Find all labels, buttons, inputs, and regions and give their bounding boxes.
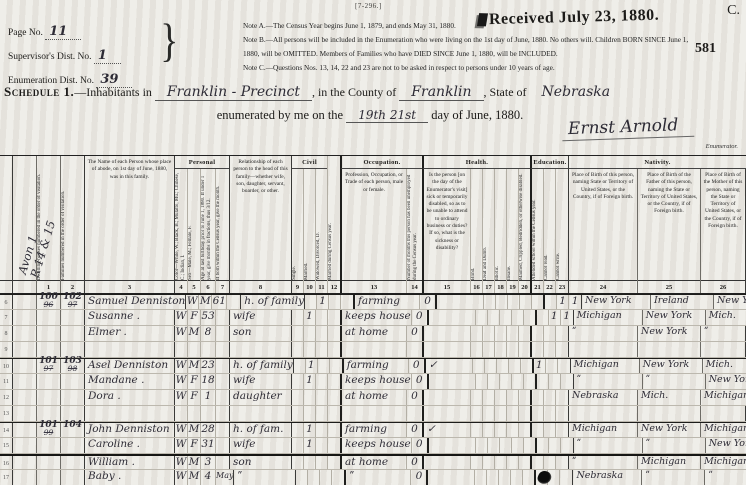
cell-sickness: ✓ [422,423,470,437]
enumerator-label: Enumerator. [706,143,738,150]
cell-pob_mother: Mich. [705,310,746,325]
col-header-blank [12,156,36,282]
cell-read [548,374,560,389]
col-header-blind: Blind. [470,169,482,282]
cell-name [84,406,174,421]
cell-dwelling [36,438,60,453]
cell-occupation: at home [340,390,406,405]
cell-text-pob: New York [585,295,632,306]
census-row-blank: 9 [0,342,746,358]
cell-text-sickness: ✓ [427,423,436,435]
cell-color: W [174,310,187,325]
cell-pob_father: New York [642,310,705,325]
cell-text-unemployed: 0 [416,438,423,450]
cell-text-married: 1 [306,310,313,322]
page-no-value: 11 [45,24,81,40]
col-header-school: Attended school within the Census year. [530,169,543,282]
cell-text-occupation: at home [345,456,388,468]
cell-text-color: W [176,310,187,322]
cell-text-relationship: wife [233,310,255,322]
cell-line: 9 [0,342,12,357]
brace-glyph: } [160,14,178,68]
cell-blind [483,295,495,309]
cell-relationship: h. of fam. [229,423,291,437]
cell-pob_father: New York [639,359,702,373]
note-a: Note A.—The Census Year begins June 1, 1… [243,19,695,33]
col-header-married_year: Married during Census year. [327,156,340,282]
cell-text-occupation: farming [358,295,400,307]
cell-text-unemployed: 0 [416,374,423,386]
cell-write [555,390,568,405]
col-number-single: 9 [291,281,303,293]
cell-blank [12,456,36,469]
cell-pob_mother: ʺ [704,470,746,485]
cell-text-name: Susanne . [88,310,140,322]
cell-blank [12,438,36,453]
cell-age: 23 [200,359,215,373]
cell-occupation: farming [342,359,408,373]
enumerated-prefix: enumerated by me on the [217,108,343,122]
page-no-label: Page No. [8,28,43,38]
cell-write [560,438,573,453]
cell-single [293,359,305,373]
schedule-title-rest: —Inhabitants in [74,85,152,99]
cell-unemployed: 0 [411,310,427,325]
cell-write [555,406,568,421]
cell-unemployed: 0 [406,423,422,437]
corner-letter: C. [727,3,740,19]
col-number-idiotic: 18 [494,281,506,293]
cell-text-married: 1 [308,359,315,371]
cell-unemployed: 0 [406,326,422,341]
schedule-title-line: Schedule 1.—Inhabitants in Franklin - Pr… [4,84,746,100]
cell-idiotic [494,406,506,421]
cell-pob [568,342,637,357]
cell-dwelling [36,310,60,325]
supervisor-dist-label: Supervisor's Dist. No. [8,52,92,62]
cell-text-color: W [176,374,187,386]
cell-blank [12,359,36,373]
cell-text-pob_father: ʺ [646,438,650,449]
census-row: 61009610297Samuel DennistonWM61h. of fam… [0,294,746,310]
cell-read: 1 [556,295,568,309]
col-header-text-pob_father: Place of Birth of the Father of this per… [638,169,700,219]
dwelling-number: 10197 [37,358,60,372]
cell-text-pob_mother: ʺ [704,326,708,337]
cell-text-sex: M [189,423,200,435]
dwelling-number: 10199 [37,422,60,436]
cell-occupation [340,406,406,421]
col-number-month: 7 [215,281,229,293]
cell-text-age: 18 [201,374,214,386]
cell-school [535,438,548,453]
cell-pob: ʺ [568,456,637,469]
cell-text-pob_father: Michigan [641,456,686,467]
cell-occupation: ʺ [344,470,410,485]
cell-insane [506,456,518,469]
cell-sickness: ✓ [424,359,472,373]
cell-color: W [174,374,187,389]
cell-school [530,423,543,437]
cell-pob: Michigan [573,310,642,325]
cell-text-sex: F [190,374,197,386]
cell-pob_mother: New York [713,295,746,309]
col-header-line [0,156,12,282]
col-number-age: 6 [200,281,215,293]
enumerated-suffix: day of June, 1880. [431,108,523,122]
cell-pob_father: Michigan [637,456,700,469]
cell-maimed [522,470,534,485]
cell-school: 1 [532,359,545,373]
page-number-stamp: 581 [695,41,716,57]
cell-color: W [174,456,187,469]
enumeration-date-line: enumerated by me on the 19th 21st day of… [150,108,590,123]
cell-text-occupation: farming [345,423,387,435]
col-header-text-insane: Insane. [507,169,518,282]
census-row: 16William .WM3sonat home0ʺMichiganMichig… [0,454,746,470]
cell-married_year [327,456,340,469]
col-header-text-sex: Sex—Male, M.; Female, F. [188,169,200,282]
cell-idiotic [494,456,506,469]
cell-dwelling [36,406,60,421]
cell-pob_mother [700,406,746,421]
cell-color: W [174,438,187,453]
cell-text-age: 31 [201,438,214,450]
cell-deaf [482,456,494,469]
cell-sex: M [187,470,200,485]
cell-read [543,326,555,341]
cell-text-unemployed: 0 [411,423,418,435]
col-number-unemployed: 14 [406,281,422,293]
cell-sex: M [198,295,211,309]
cell-text-married: 1 [306,374,313,386]
cell-name [84,342,174,357]
census-row: 101019710398Asel DennistonWM23h. of fami… [0,358,746,374]
cell-occupation: keeps house [340,374,411,389]
cell-write [555,342,568,357]
cell-unemployed [406,342,422,357]
cell-line: 7 [0,310,12,325]
cell-text-color: W [176,470,187,482]
cell-sickness [422,406,470,421]
cell-maimed [523,438,535,453]
cell-text-pob_mother: Mich. [706,359,733,370]
cell-idiotic [499,374,511,389]
col-number-name: 3 [84,281,174,293]
cell-married_year [331,470,344,485]
cell-pob_mother: New York [705,374,746,389]
col-header-text-family: Families numbered in the order of visita… [61,156,84,282]
cell-married_year [327,406,340,421]
col-number-blind: 16 [470,281,482,293]
cell-relationship: wife [229,374,291,389]
cell-sex [187,342,200,357]
cell-pob: Nebraska [568,390,637,405]
cell-pob_mother: Michigan [700,456,746,469]
cell-maimed [523,374,535,389]
date-entry: 19th 21st [346,108,428,123]
cell-text-relationship: son [233,456,251,468]
cell-month [215,342,229,357]
col-header-text-sickness: Is the person [on the day of the Enumera… [424,169,470,255]
col-number-sickness: 15 [422,281,470,293]
cell-insane [506,423,518,437]
cell-age: 31 [200,438,215,453]
cell-text-sex: M [189,456,200,468]
cell-married [303,390,315,405]
cell-school [543,295,556,309]
cell-occupation: keeps house [340,310,411,325]
cell-blind [475,374,487,389]
cell-family [60,438,84,453]
cell-sickness [422,326,470,341]
cell-married_year [327,326,340,341]
cell-line: 17 [0,470,12,485]
notes-block: Note A.—The Census Year begins June 1, 1… [243,19,695,74]
census-table: Personal Description.Civil Condition.Occ… [0,155,746,485]
col-number-relationship: 8 [229,281,291,293]
cell-widowed [315,456,327,469]
cell-blind [470,423,482,437]
col-number-married: 10 [303,281,315,293]
cell-single [291,390,303,405]
col-header-family: Families numbered in the order of visita… [60,156,84,282]
cell-dwelling [36,456,60,469]
cell-relationship: ʺ [233,470,295,485]
cell-text-school: 1 [536,359,543,371]
cell-blank [12,390,36,405]
col-header-text-blind: Blind. [471,169,482,282]
cell-idiotic [507,295,519,309]
cell-pob: ʺ [568,326,637,341]
cell-pob_father: Mich. [637,390,700,405]
cell-maimed [518,326,530,341]
cell-text-pob: Nebraska [576,470,623,481]
cell-blind [470,406,482,421]
cell-blind [475,438,487,453]
cell-pob: ʺ [573,438,642,453]
cell-text-name: Caroline . [88,438,140,450]
cell-sex: F [187,438,200,453]
cell-text-pob_father: Ireland [654,295,689,306]
cell-school [535,374,548,389]
cell-pob_father: New York [637,423,700,437]
cell-widowed [315,326,327,341]
cell-age: 1 [200,390,215,405]
dwelling-number: 10096 [37,294,60,308]
cell-blind [470,342,482,357]
cell-sex: M [187,456,200,469]
cell-line: 8 [0,326,12,341]
census-row: 1410199104John DennistonWM28h. of fam.1f… [0,422,746,438]
col-header-widowed: Widowed, Divorced, D. [315,169,327,282]
cell-dwelling [36,390,60,405]
cell-family [60,406,84,421]
cell-insane [519,295,531,309]
cell-name: Elmer . [84,326,174,341]
cell-dwelling [36,326,60,341]
cell-married [307,470,319,485]
cell-read [545,359,557,373]
cell-text-relationship: wife [233,438,255,450]
cell-name: John Denniston [84,423,174,437]
cell-relationship: daughter [229,390,291,405]
cell-deaf [487,310,499,325]
cell-age: 53 [200,310,215,325]
cell-text-occupation: farming [347,359,389,371]
cell-month [226,295,240,309]
cell-month [215,374,229,389]
cell-text-married: 1 [319,295,326,307]
cell-dwelling [36,374,60,389]
cell-text-relationship: h. of family [233,359,293,371]
cell-text-age: 1 [205,390,212,402]
cell-idiotic [494,390,506,405]
cell-blind [470,390,482,405]
cell-month [215,359,229,373]
cell-married_year [329,359,342,373]
cell-text-unemployed: 0 [416,310,423,322]
col-header-text-school: Attended school within the Census year. [532,169,543,282]
cell-text-pob: ʺ [572,456,576,467]
cell-relationship [229,342,291,357]
cell-text-occupation: at home [345,390,388,402]
cell-sickness [422,456,470,469]
cell-sickness [427,310,475,325]
county-entry: Franklin [399,84,483,101]
cell-color [174,406,187,421]
cell-color [174,342,187,357]
cell-single [291,438,303,453]
cell-blind [474,470,486,485]
cell-widowed [315,310,327,325]
cell-color: W [185,295,198,309]
cell-idiotic [496,359,508,373]
cell-widowed [317,359,329,373]
cell-dwelling [36,342,60,357]
cell-pob: New York [581,295,650,309]
family-number: 104 [61,422,84,429]
cell-insane [506,406,518,421]
cell-text-occupation: at home [345,326,388,338]
col-number-write: 23 [555,281,568,293]
cell-name: Mandane . [84,374,174,389]
cell-text-age: 3 [205,456,212,468]
cell-color: W [174,470,187,485]
cell-maimed [518,390,530,405]
cell-insane [506,326,518,341]
cell-age: 3 [200,456,215,469]
cell-blank [12,342,36,357]
col-number-pob: 24 [568,281,637,293]
cell-text-pob_mother: ʺ [708,470,712,481]
col-number-school: 21 [530,281,543,293]
cell-married_year [327,374,340,389]
cell-pob_mother: New York [705,438,746,453]
col-number-pob_mother: 26 [700,281,746,293]
col-header-color: Color—White, W.; Black, B.; Mulatto, Mu.… [174,169,187,282]
cell-month [215,310,229,325]
cell-widowed [315,423,327,437]
cell-family [60,470,84,485]
cell-text-relationship: son [233,326,251,338]
cell-text-relationship: h. of family [244,295,304,307]
cell-name: Asel Denniston [84,359,174,373]
cell-text-pob_father: New York [641,326,688,337]
cell-married: 1 [305,359,317,373]
census-row: 7Susanne .WF53wife1keeps house011Michiga… [0,310,746,326]
cell-family [60,342,84,357]
cell-unemployed: 0 [411,438,427,453]
cell-text-color: W [187,295,198,307]
cell-deaf [484,359,496,373]
cell-text-unemployed: 0 [413,359,420,371]
cell-read [543,456,555,469]
cell-text-color: W [176,456,187,468]
cell-pob_father: Ireland [650,295,713,309]
cell-single [291,342,303,357]
cell-text-name: Mandane . [88,374,144,386]
cell-dwelling: 10199 [36,423,60,437]
cell-age: 61 [211,295,226,309]
cell-maimed [518,342,530,357]
district-info-block: Page No. 11 Supervisor's Dist. No. 1 Enu… [8,20,168,92]
cell-age: 18 [200,374,215,389]
cell-text-pob: Michigan [572,423,617,434]
cell-blank [12,406,36,421]
family-number: 10398 [61,358,84,372]
cell-single [295,470,307,485]
col-header-text-color: Color—White, W.; Black, B.; Mulatto, Mu.… [175,169,187,282]
group-header-personal: Personal Description. [174,156,229,169]
table-header: Personal Description.Civil Condition.Occ… [0,155,746,281]
cell-family [60,310,84,325]
cell-married [303,326,315,341]
col-header-text-age: Age at last birthday prior to June 1, 18… [201,169,215,282]
cell-text-name: William . [88,456,135,468]
col-header-dwelling: Dwelling-houses numbered in the order of… [36,156,60,282]
cell-color: W [174,359,187,373]
col-header-maimed: Maimed, Crippled, Bedridden, or otherwis… [518,169,530,282]
col-header-read: Cannot read. [543,169,555,282]
cell-text-occupation: ʺ [349,470,354,482]
cell-sickness [426,470,474,485]
cell-text-unemployed: 0 [424,295,431,307]
cell-text-occupation: keeps house [345,310,411,322]
cell-blank [12,374,36,389]
cell-sex: F [187,310,200,325]
cell-insane [511,374,523,389]
cell-blind [470,326,482,341]
cell-text-color: W [176,390,187,402]
col-header-text-month: If born within the Census year, give the… [216,169,229,282]
group-header-education: Education. [530,156,568,169]
cell-occupation: at home [340,456,406,469]
cell-text-read: 1 [559,295,566,307]
cell-deaf [487,438,499,453]
col-header-pob: Place of Birth of this person, naming St… [568,169,637,282]
note-b: Note B.—All persons will be included in … [243,33,695,61]
cell-family [60,374,84,389]
cell-text-unemployed: 0 [411,456,418,468]
cell-unemployed: 0 [408,359,424,373]
col-header-text-pob: Place of Birth of this person, naming St… [569,169,637,204]
cell-school [530,406,543,421]
cell-deaf [495,295,507,309]
cell-relationship: h. of family [240,295,304,309]
cell-text-name: John Denniston [88,423,170,435]
cell-line: 13 [0,406,12,421]
